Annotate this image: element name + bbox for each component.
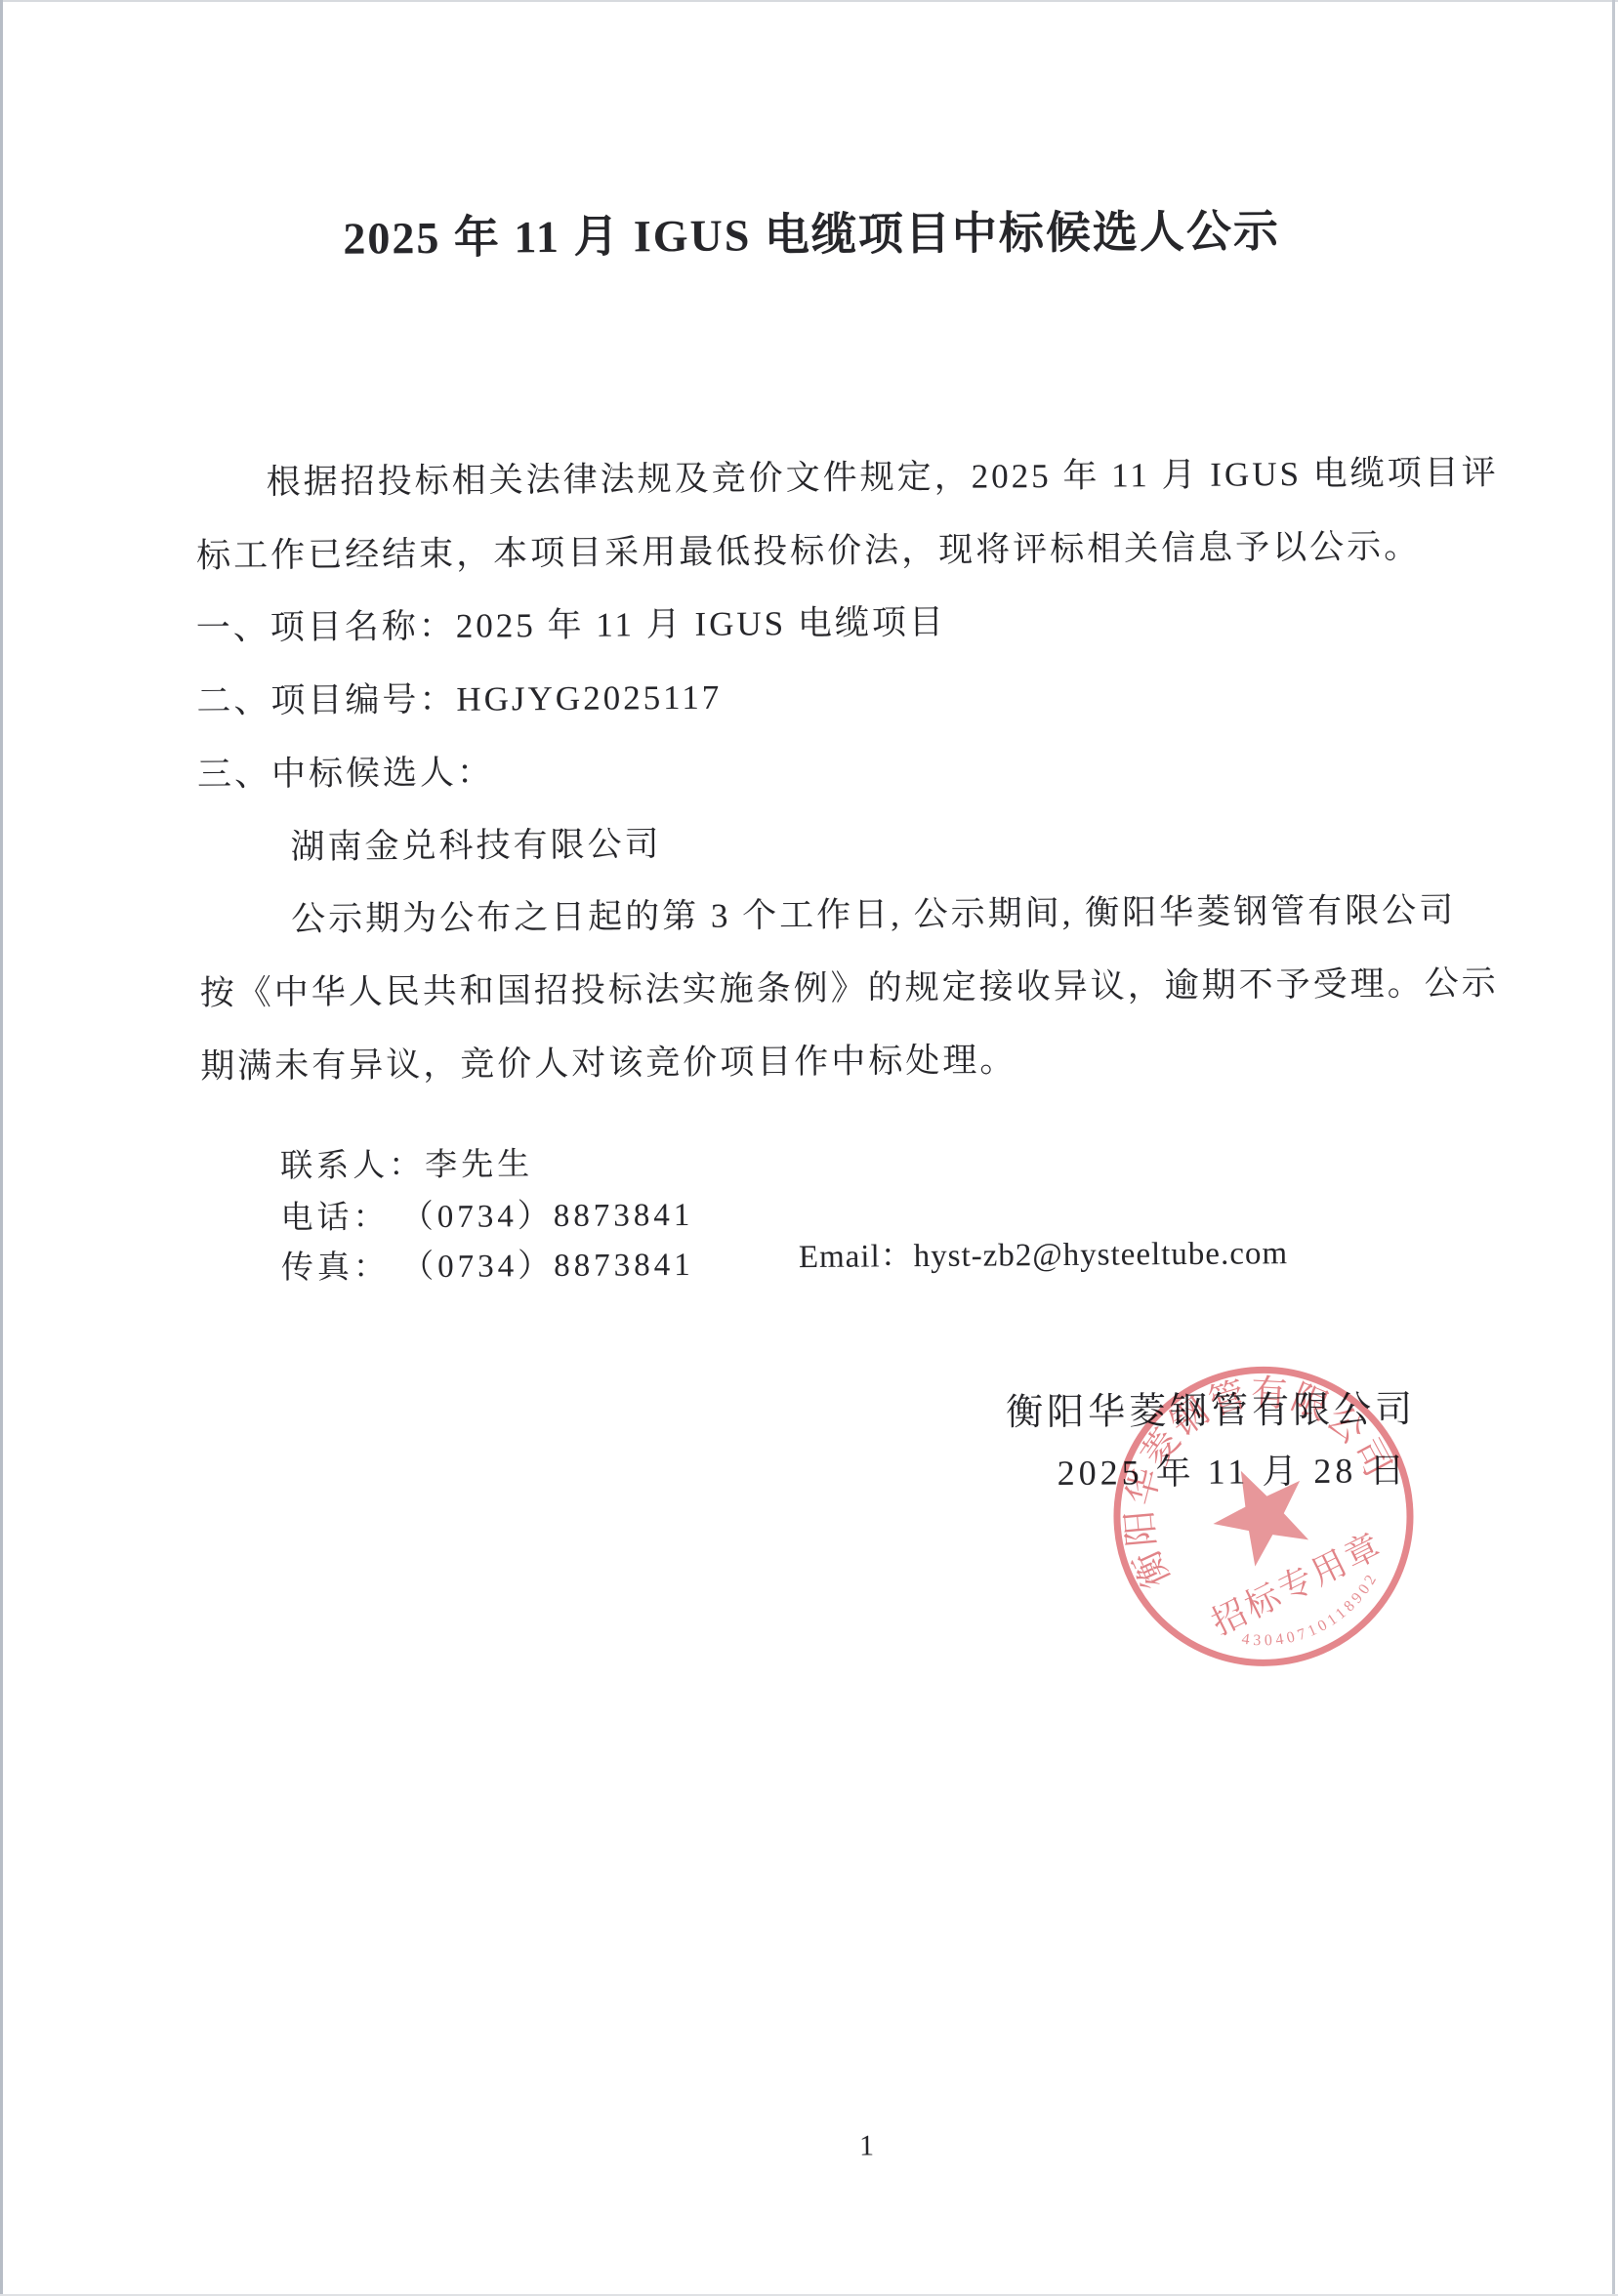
- document-page: 2025 年 11 月 IGUS 电缆项目中标候选人公示 根据招投标相关法律法规…: [0, 0, 1618, 2296]
- item-project-code: 二、项目编号：HGJYG2025117: [196, 680, 722, 718]
- intro-line-1: 根据招投标相关法律法规及竞价文件规定，2025 年 11 月 IGUS 电缆项目…: [266, 455, 1498, 499]
- item-project-name: 一、项目名称：2025 年 11 月 IGUS 电缆项目: [196, 605, 946, 645]
- contact-phone: 电话： （0734）8873841: [280, 1200, 693, 1235]
- document-title: 2025 年 11 月 IGUS 电缆项目中标候选人公示: [2, 192, 1618, 269]
- contact-email: Email：hyst-zb2@hysteeltube.com: [799, 1238, 1288, 1274]
- notice-line-2: 按《中华人民共和国招投标法实施条例》的规定接收异议，逾期不予受理。公示: [200, 965, 1499, 1009]
- page-number: 1: [859, 2132, 874, 2161]
- item-candidates-label: 三、中标候选人：: [197, 756, 494, 792]
- contact-person: 联系人：李先生: [280, 1149, 533, 1183]
- document-content: 2025 年 11 月 IGUS 电缆项目中标候选人公示 根据招投标相关法律法规…: [0, 0, 1618, 2296]
- notice-line-3: 期满未有异议，竞价人对该竞价项目作中标处理。: [200, 1043, 1016, 1084]
- contact-fax: 传真： （0734）8873841: [281, 1250, 694, 1285]
- stamp-star-icon: [1197, 1450, 1325, 1575]
- candidate-company: 湖南金兑科技有限公司: [290, 827, 661, 864]
- notice-line-1: 公示期为公布之日起的第 3 个工作日, 公示期间, 衡阳华菱钢管有限公司: [291, 893, 1456, 936]
- intro-line-2: 标工作已经结束，本项目采用最低投标价法，现将评标相关信息予以公示。: [196, 529, 1421, 573]
- company-seal-stamp: 衡阳华菱钢管有限公司 招标专用章 43040710118902: [1106, 1359, 1422, 1674]
